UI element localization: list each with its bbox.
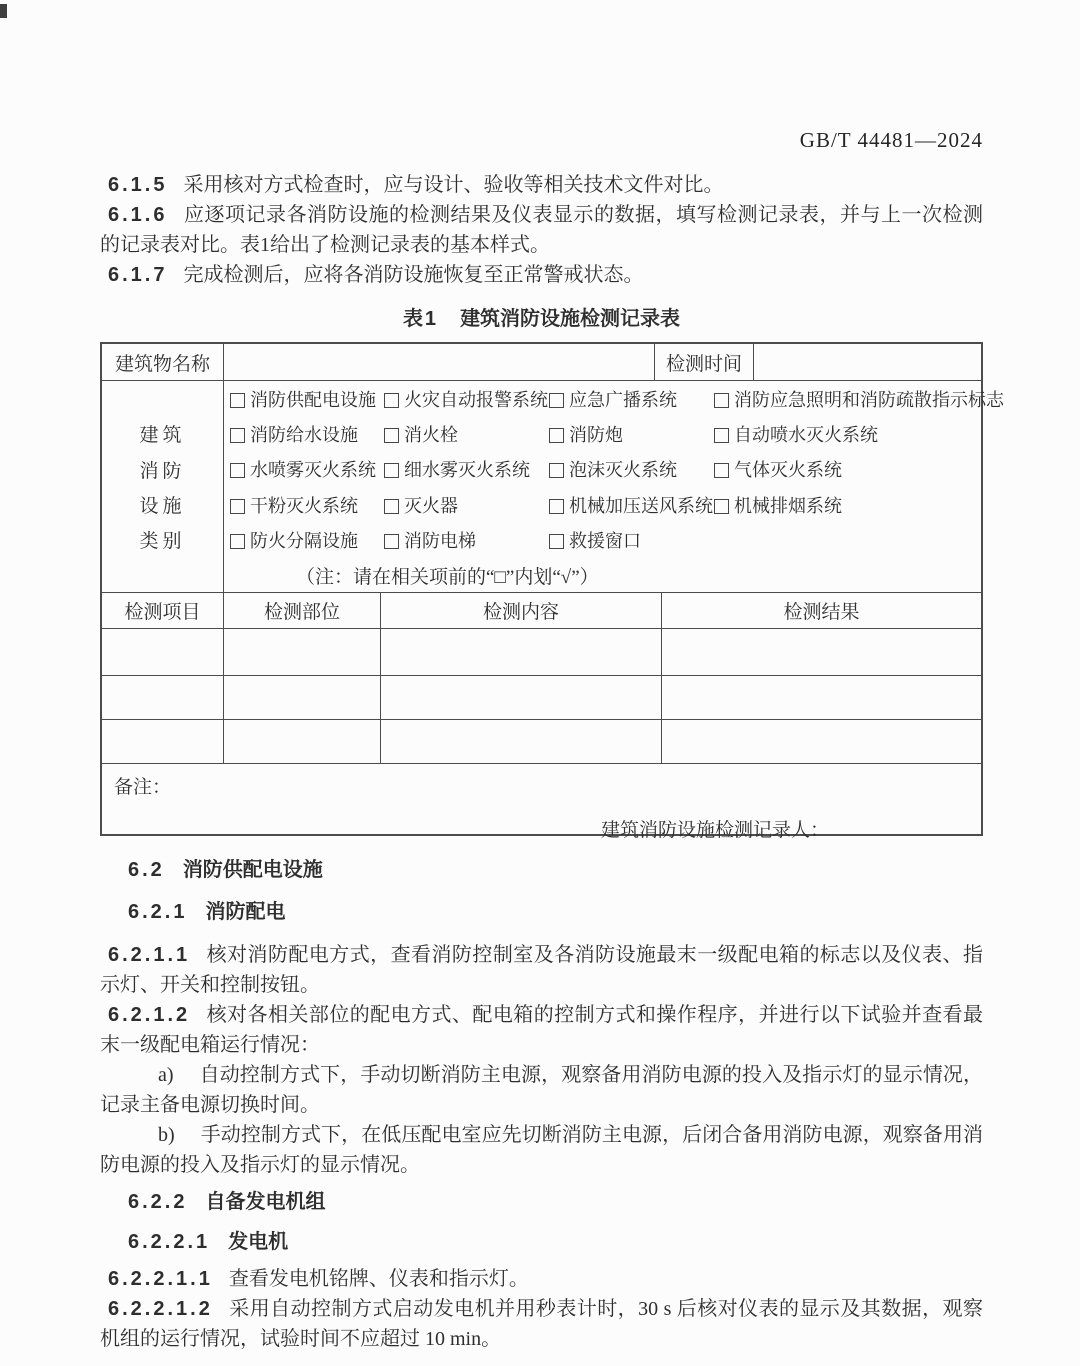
category-label-column: 建筑 消防 设施 类别 — [102, 381, 224, 593]
empty-cell — [662, 676, 981, 719]
checkbox-label: 消火栓 — [404, 425, 458, 445]
detail-header-row: 检测项目 检测部位 检测内容 检测结果 — [102, 593, 981, 629]
clause-number: 6.2.1.2 — [108, 1004, 190, 1026]
inspection-record-table: 建筑物名称 检测时间 建筑 消防 设施 类别 消防供配电设施 火灾自动报警系统 … — [100, 342, 983, 836]
clause-text: 应逐项记录各消防设施的检测结果及仪表显示的数据，填写检测记录表，并与上一次检测的… — [100, 204, 983, 256]
empty-cell — [102, 676, 224, 719]
checkbox-icon — [549, 499, 564, 514]
checkbox-row: 干粉灭火系统 灭火器 机械加压送风系统 机械排烟系统 — [230, 487, 1004, 522]
checkbox-row: 防火分隔设施 消防电梯 救援窗口 — [230, 522, 1004, 557]
empty-record-row — [102, 720, 981, 764]
clause-number: 6.2.2.1.1 — [108, 1268, 213, 1290]
checkbox-item: 消防电梯 — [384, 527, 549, 553]
checkbox-label: 自动喷水灭火系统 — [734, 425, 878, 445]
clause-number: 6.1.5 — [108, 174, 167, 196]
checkbox-label: 消防炮 — [569, 425, 623, 445]
scan-artifact — [0, 4, 7, 18]
table-row-facility-category: 建筑 消防 设施 类别 消防供配电设施 火灾自动报警系统 应急广播系统 消防应急… — [102, 381, 981, 593]
checkbox-icon — [230, 428, 245, 443]
checkbox-item: 气体灭火系统 — [714, 456, 1004, 482]
checkbox-label: 灭火器 — [404, 496, 458, 516]
clause-6-1-5: 6.1.5采用核对方式检查时，应与设计、验收等相关技术文件对比。 — [100, 170, 983, 200]
standard-number: GB/T 44481—2024 — [100, 128, 983, 152]
checkbox-item: 救援窗口 — [549, 527, 714, 553]
checkbox-item: 消防炮 — [549, 421, 714, 447]
checkbox-item: 消防供配电设施 — [230, 386, 384, 412]
checkbox-icon — [384, 534, 399, 549]
empty-cell — [224, 629, 381, 675]
list-marker: a) — [158, 1064, 174, 1086]
document-page: GB/T 44481—2024 6.1.5采用核对方式检查时，应与设计、验收等相… — [0, 0, 1080, 1366]
section-heading-6-2-2: 6.2.2自备发电机组 — [100, 1188, 983, 1216]
table-title: 表1建筑消防设施检测记录表 — [100, 304, 983, 334]
header-inspection-part: 检测部位 — [224, 593, 381, 628]
section-heading-6-2: 6.2消防供配电设施 — [100, 856, 983, 884]
checkbox-row: 水喷雾灭火系统 细水雾灭火系统 泡沫灭火系统 气体灭火系统 — [230, 452, 1004, 487]
checkbox-item: 细水雾灭火系统 — [384, 456, 549, 482]
checkbox-item: 机械排烟系统 — [714, 492, 1004, 518]
checkbox-icon — [549, 534, 564, 549]
empty-cell — [102, 720, 224, 763]
checkbox-icon — [549, 428, 564, 443]
clause-text: 核对各相关部位的配电方式、配电箱的控制方式和操作程序，并进行以下试验并查看最末一… — [100, 1004, 983, 1056]
clause-text: 查看发电机铭牌、仪表和指示灯。 — [229, 1268, 529, 1290]
checkbox-icon — [384, 463, 399, 478]
checkbox-label: 防火分隔设施 — [250, 531, 358, 551]
checkbox-label: 气体灭火系统 — [734, 460, 842, 480]
section-title: 发电机 — [228, 1231, 288, 1253]
list-text: 自动控制方式下，手动切断消防主电源，观察备用消防电源的投入及指示灯的显示情况，记… — [100, 1064, 983, 1116]
category-label-part: 设施 — [139, 491, 185, 518]
checkbox-label: 救援窗口 — [569, 531, 641, 551]
clause-number: 6.2.2.1.2 — [108, 1298, 213, 1320]
checkbox-icon — [384, 393, 399, 408]
category-label-part: 建筑 — [139, 420, 185, 447]
empty-record-row — [102, 629, 981, 676]
remark-row: 备注： 建筑消防设施检测记录人： — [102, 764, 981, 834]
clause-text: 完成检测后，应将各消防设施恢复至正常警戒状态。 — [183, 264, 643, 286]
header-inspection-result: 检测结果 — [662, 593, 981, 628]
checkbox-label: 消防给水设施 — [250, 425, 358, 445]
checkbox-label: 细水雾灭火系统 — [404, 460, 530, 480]
checkbox-icon — [384, 428, 399, 443]
checkbox-label: 水喷雾灭火系统 — [250, 460, 376, 480]
clause-text: 采用自动控制方式启动发电机并用秒表计时，30 s 后核对仪表的显示及其数据，观察… — [100, 1298, 983, 1350]
checkbox-item: 自动喷水灭火系统 — [714, 421, 1004, 447]
header-inspection-item: 检测项目 — [102, 593, 224, 628]
checkbox-item: 应急广播系统 — [549, 386, 714, 412]
checkbox-label: 消防电梯 — [404, 531, 476, 551]
checkbox-label: 干粉灭火系统 — [250, 496, 358, 516]
section-title: 自备发电机组 — [205, 1191, 325, 1213]
list-marker: b) — [158, 1124, 175, 1146]
checkbox-label: 消防供配电设施 — [250, 390, 376, 410]
checkbox-label: 机械排烟系统 — [734, 496, 842, 516]
checkbox-icon — [549, 463, 564, 478]
empty-cell — [102, 629, 224, 675]
empty-cell — [224, 676, 381, 719]
section-heading-6-2-2-1: 6.2.2.1发电机 — [100, 1228, 983, 1256]
checkbox-label: 泡沫灭火系统 — [569, 460, 677, 480]
section-number: 6.2.2.1 — [128, 1231, 210, 1253]
empty-cell — [662, 720, 981, 763]
checkbox-icon — [230, 499, 245, 514]
empty-record-row — [102, 676, 981, 720]
clause-6-2-2-1-2: 6.2.2.1.2采用自动控制方式启动发电机并用秒表计时，30 s 后核对仪表的… — [100, 1294, 983, 1354]
section-title: 消防供配电设施 — [183, 859, 323, 881]
checkbox-item: 水喷雾灭火系统 — [230, 456, 384, 482]
section-number: 6.2.1 — [128, 901, 187, 923]
facility-checkbox-area: 消防供配电设施 火灾自动报警系统 应急广播系统 消防应急照明和消防疏散指示标志 … — [224, 381, 1004, 593]
checkbox-label: 机械加压送风系统 — [569, 496, 713, 516]
recorder-label: 建筑消防设施检测记录人： — [601, 815, 981, 842]
category-label-part: 消防 — [139, 456, 185, 483]
checkbox-note: （注：请在相关项前的“□”内划“√”） — [230, 557, 1004, 592]
category-label-part: 类别 — [139, 526, 185, 553]
checkbox-icon — [714, 463, 729, 478]
list-text: 手动控制方式下，在低压配电室应先切断消防主电源，后闭合备用消防电源，观察备用消防… — [100, 1124, 983, 1176]
checkbox-item: 干粉灭火系统 — [230, 492, 384, 518]
checkbox-icon — [549, 393, 564, 408]
checkbox-icon — [230, 393, 245, 408]
page-content: GB/T 44481—2024 6.1.5采用核对方式检查时，应与设计、验收等相… — [0, 0, 1080, 1354]
empty-cell — [381, 629, 662, 675]
checkbox-row: 消防给水设施 消火栓 消防炮 自动喷水灭火系统 — [230, 416, 1004, 451]
checkbox-icon — [714, 499, 729, 514]
checkbox-icon — [230, 534, 245, 549]
clause-text: 核对消防配电方式，查看消防控制室及各消防设施最末一级配电箱的标志以及仪表、指示灯… — [100, 944, 983, 996]
clause-number: 6.2.1.1 — [108, 944, 190, 966]
table-number: 表1 — [403, 308, 438, 330]
checkbox-icon — [714, 393, 729, 408]
checkbox-item: 机械加压送风系统 — [549, 492, 714, 518]
empty-cell — [224, 720, 381, 763]
section-title: 消防配电 — [205, 901, 285, 923]
empty-cell — [662, 629, 981, 675]
section-heading-6-2-1: 6.2.1消防配电 — [100, 898, 983, 926]
clause-6-2-1-1: 6.2.1.1核对消防配电方式，查看消防控制室及各消防设施最末一级配电箱的标志以… — [100, 940, 983, 1000]
table-title-text: 建筑消防设施检测记录表 — [460, 308, 680, 330]
building-name-label: 建筑物名称 — [102, 344, 224, 380]
clause-6-1-6: 6.1.6应逐项记录各消防设施的检测结果及仪表显示的数据，填写检测记录表，并与上… — [100, 200, 983, 260]
empty-cell — [381, 676, 662, 719]
table-row-building: 建筑物名称 检测时间 — [102, 344, 981, 381]
checkbox-item: 消火栓 — [384, 421, 549, 447]
clause-text: 采用核对方式检查时，应与设计、验收等相关技术文件对比。 — [183, 174, 723, 196]
checkbox-item: 防火分隔设施 — [230, 527, 384, 553]
checkbox-label: 应急广播系统 — [569, 390, 677, 410]
clause-number: 6.1.6 — [108, 204, 167, 226]
building-name-blank-cell — [224, 344, 655, 380]
clause-6-1-7: 6.1.7完成检测后，应将各消防设施恢复至正常警戒状态。 — [100, 260, 983, 290]
empty-cell — [381, 720, 662, 763]
remark-label: 备注： — [102, 764, 981, 799]
checkbox-icon — [230, 463, 245, 478]
section-number: 6.2.2 — [128, 1191, 187, 1213]
inspection-time-label: 检测时间 — [655, 344, 754, 380]
checkbox-item: 泡沫灭火系统 — [549, 456, 714, 482]
inspection-time-blank-cell — [754, 344, 981, 380]
list-item-a: a)自动控制方式下，手动切断消防主电源，观察备用消防电源的投入及指示灯的显示情况… — [100, 1060, 983, 1120]
checkbox-label: 火灾自动报警系统 — [404, 390, 548, 410]
checkbox-item: 灭火器 — [384, 492, 549, 518]
header-inspection-content: 检测内容 — [381, 593, 662, 628]
checkbox-item: 火灾自动报警系统 — [384, 386, 549, 412]
clause-6-2-1-2: 6.2.1.2核对各相关部位的配电方式、配电箱的控制方式和操作程序，并进行以下试… — [100, 1000, 983, 1060]
checkbox-label: 消防应急照明和消防疏散指示标志 — [734, 390, 1004, 410]
checkbox-item: 消防应急照明和消防疏散指示标志 — [714, 386, 1004, 412]
checkbox-icon — [384, 499, 399, 514]
clause-list: 6.1.5采用核对方式检查时，应与设计、验收等相关技术文件对比。 6.1.6应逐… — [100, 170, 983, 290]
checkbox-icon — [714, 428, 729, 443]
clause-number: 6.1.7 — [108, 264, 167, 286]
checkbox-item: 消防给水设施 — [230, 421, 384, 447]
section-number: 6.2 — [128, 859, 165, 881]
clause-6-2-2-1-1: 6.2.2.1.1查看发电机铭牌、仪表和指示灯。 — [100, 1264, 983, 1294]
checkbox-row: 消防供配电设施 火灾自动报警系统 应急广播系统 消防应急照明和消防疏散指示标志 — [230, 381, 1004, 416]
list-item-b: b)手动控制方式下，在低压配电室应先切断消防主电源，后闭合备用消防电源，观察备用… — [100, 1120, 983, 1180]
